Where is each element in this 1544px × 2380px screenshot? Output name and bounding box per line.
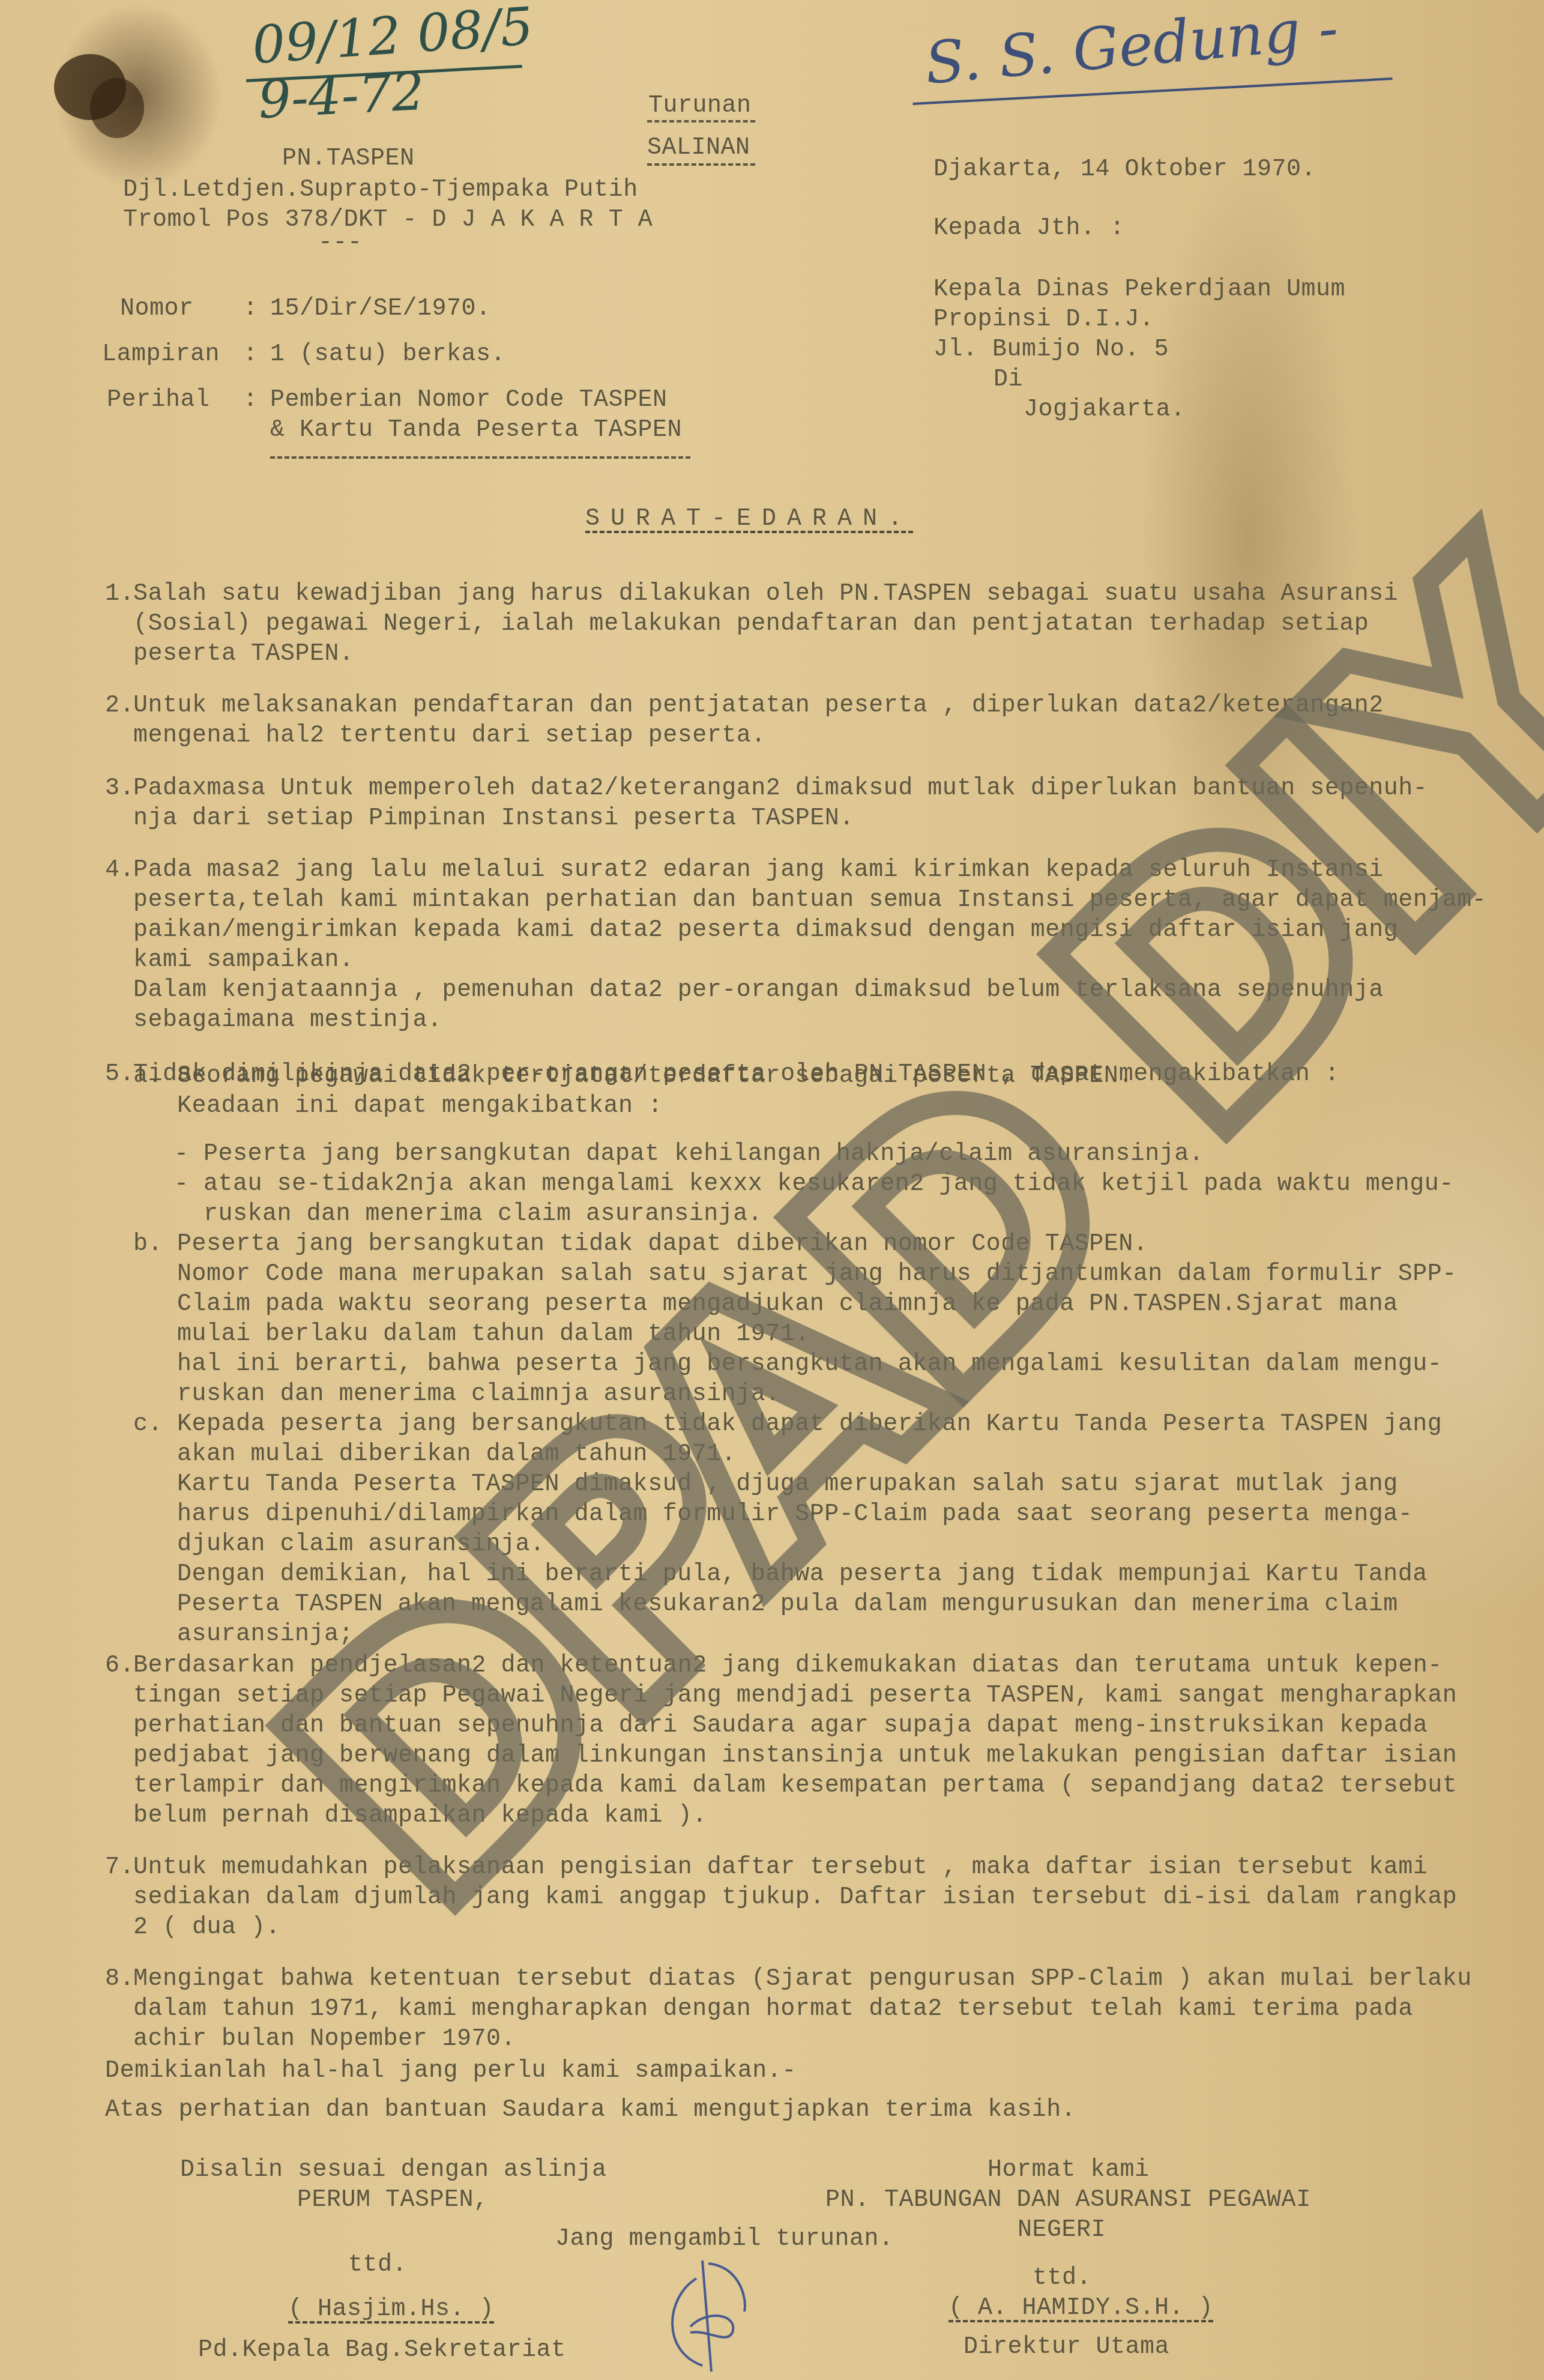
- lampiran-value: 1 (satu) berkas.: [270, 340, 505, 370]
- paragraph-number: 3.: [105, 774, 134, 804]
- paragraph-number: 7.: [105, 1853, 134, 1883]
- subitem-line: Claim pada waktu seorang peserta mengadj…: [177, 1290, 1398, 1320]
- subitem-line: Seorang pegawai tidak tertjatat/terdafta…: [177, 1062, 1133, 1092]
- sig-right-ttd: ttd.: [1033, 2264, 1091, 2294]
- paragraph-line: Padaxmasa Untuk memperoleh data2/keteran…: [133, 774, 1428, 804]
- document-title: SURAT-EDARAN.: [585, 504, 913, 534]
- subitem-line: hal ini berarti, bahwa peserta jang bers…: [177, 1350, 1442, 1380]
- letterhead-org: PN.TASPEN: [282, 144, 415, 174]
- subitem-line: akan mulai diberikan dalam tahun 1971.: [177, 1440, 736, 1470]
- sig-right-name: ( A. HAMIDY.S.H. ): [948, 2294, 1213, 2324]
- paragraph-line: sebagaimana mestinja.: [133, 1006, 442, 1036]
- subitem-line: harus dipenuhi/dilampirkan dalam formuli…: [177, 1500, 1413, 1530]
- recipient-line1: Kepala Dinas Pekerdjaan Umum: [933, 275, 1345, 305]
- sig-right-line2: PN. TABUNGAN DAN ASURANSI PEGAWAI: [825, 2185, 1311, 2215]
- handwritten-initial-signature: [654, 2255, 774, 2375]
- sig-right-title: Direktur Utama: [963, 2333, 1169, 2363]
- paragraph-line: mengenai hal2 tertentu dari setiap peser…: [133, 721, 766, 751]
- sig-left-line1: Disalin sesuai dengan aslinja: [180, 2155, 607, 2185]
- paragraph-line: Untuk melaksanakan pendaftaran dan pentj…: [133, 691, 1384, 721]
- subitem-label: b.: [133, 1230, 163, 1260]
- paragraph-number: 1.: [105, 579, 134, 609]
- paragraph-number: 8.: [105, 1965, 134, 1995]
- sig-left-ttd: ttd.: [348, 2250, 407, 2280]
- paragraph-line: Untuk memudahkan pelaksanaan pengisian d…: [133, 1853, 1428, 1883]
- subitem-line: Peserta TASPEN akan mengalami kesukaran2…: [177, 1590, 1398, 1620]
- subitem-line: Nomor Code mana merupakan salah satu sja…: [177, 1260, 1457, 1290]
- letterhead-address: Djl.Letdjen.Suprapto-Tjempaka Putih: [123, 175, 638, 205]
- paragraph-line: Mengingat bahwa ketentuan tersebut diata…: [133, 1965, 1472, 1995]
- paragraph-number: 6.: [105, 1651, 134, 1681]
- recipient-line5: Jogjakarta.: [1024, 395, 1186, 425]
- paragraph-line: Salah satu kewadjiban jang harus dilakuk…: [133, 579, 1398, 609]
- paragraph-line: Berdasarkan pendjelasan2 dan ketentuan2 …: [133, 1651, 1443, 1681]
- perihal-line2: & Kartu Tanda Peserta TASPEN: [270, 415, 682, 445]
- paragraph-line: perhatian dan bantuan sepenuhnja dari Sa…: [133, 1711, 1428, 1741]
- recipient-line3: Jl. Bumijo No. 5: [933, 335, 1169, 365]
- stamp-rule: [647, 163, 755, 166]
- subitem-line: asuransinja;: [177, 1620, 354, 1650]
- burn-stain: [90, 78, 144, 138]
- bullet-line: - atau se-tidak2nja akan mengalami kexxx…: [174, 1170, 1454, 1200]
- paragraph-line: kami sampaikan.: [133, 946, 354, 976]
- stamp-turunan: Turunan: [648, 91, 752, 121]
- handwritten-archive-date: 9-4-72: [257, 62, 426, 130]
- recipient-line4: Di: [994, 365, 1023, 395]
- paragraph-line: 2 ( dua ).: [133, 1913, 280, 1943]
- subitem-line: Kartu Tanda Peserta TASPEN dimaksud , dj…: [177, 1470, 1398, 1500]
- scanned-letter-page: 09/12 08/5 9-4-72 S. S. Gedung - Turunan…: [0, 0, 1544, 2380]
- paragraph-line: dalam tahun 1971, kami mengharapkan deng…: [133, 1995, 1413, 2025]
- sig-right-line3: NEGERI: [1018, 2215, 1106, 2246]
- paragraph-line: achir bulan Nopember 1970.: [133, 2025, 516, 2055]
- paragraph-line: belum pernah disampaikan kepada kami ).: [133, 1801, 707, 1831]
- paragraph-line: tingan setiap setiap Pegawai Negeri jang…: [133, 1681, 1457, 1711]
- letterhead-rule: ---: [318, 228, 363, 258]
- paragraph-line: peserta,telah kami mintakan perhatian da…: [133, 886, 1486, 916]
- meta-colon: :: [243, 294, 258, 324]
- subitem-line: Keadaan ini dapat mengakibatkan :: [177, 1092, 663, 1122]
- subitem-label: a.: [133, 1062, 163, 1092]
- paragraph-number: 2.: [105, 691, 134, 721]
- handwritten-annotation: S. S. Gedung -: [922, 0, 1340, 97]
- kepada-label: Kepada Jth. :: [933, 214, 1125, 244]
- perihal-label: Perihal: [107, 385, 210, 415]
- sig-left-line2: PERUM TASPEN,: [297, 2185, 489, 2215]
- closing-line1: Demikianlah hal-hal jang perlu kami samp…: [105, 2056, 797, 2086]
- paragraph-line: terlampir dan mengirimkan kepada kami da…: [133, 1771, 1457, 1801]
- nomor-label: Nomor: [120, 294, 194, 324]
- sig-left-title: Pd.Kepala Bag.Sekretariat: [198, 2336, 566, 2366]
- sig-center-line1: Jang mengambil turunan.: [555, 2224, 894, 2255]
- paragraph-line: Pada masa2 jang lalu melalui surat2 edar…: [133, 856, 1384, 886]
- paragraph-line: peserta TASPEN.: [133, 639, 354, 669]
- paragraph-line: (Sosial) pegawai Negeri, ialah melakukan…: [133, 609, 1369, 639]
- bullet-line: ruskan dan menerima claim asuransinja.: [174, 1200, 762, 1230]
- subitem-line: Kepada peserta jang bersangkutan tidak d…: [177, 1410, 1442, 1440]
- subitem-label: c.: [133, 1410, 163, 1440]
- paragraph-number: 5.: [105, 1060, 134, 1090]
- place-date: Djakarta, 14 Oktober 1970.: [933, 155, 1316, 185]
- closing-line2: Atas perhatian dan bantuan Saudara kami …: [105, 2095, 1076, 2125]
- paragraph-line: paikan/mengirimkan kepada kami data2 pes…: [133, 916, 1398, 946]
- paragraph-line: nja dari setiap Pimpinan Instansi pesert…: [133, 804, 854, 834]
- bullet-line: - Peserta jang bersangkutan dapat kehila…: [174, 1140, 1204, 1170]
- meta-colon: :: [243, 340, 258, 370]
- subitem-line: Peserta jang bersangkutan tidak dapat di…: [177, 1230, 1148, 1260]
- stamp-salinan: SALINAN: [647, 133, 750, 163]
- subitem-line: djukan claim asuransinja.: [177, 1530, 545, 1560]
- sig-right-line1: Hormat kami: [988, 2155, 1150, 2185]
- perihal-line1: Pemberian Nomor Code TASPEN: [270, 385, 668, 415]
- subitem-line: Dengan demikian, hal ini berarti pula, b…: [177, 1560, 1428, 1590]
- sig-left-name: ( Hasjim.Hs. ): [288, 2295, 494, 2325]
- lampiran-label: Lampiran: [102, 340, 220, 370]
- paragraph-line: sediakan dalam djumlah jang kami anggap …: [133, 1883, 1457, 1913]
- recipient-line2: Propinsi D.I.J.: [933, 305, 1154, 335]
- paragraph-line: Dalam kenjataannja , pemenuhan data2 per…: [133, 976, 1384, 1006]
- subitem-line: ruskan dan menerima claimnja asuransinja…: [177, 1380, 780, 1410]
- paragraph-line: pedjabat jang berwenang dalam linkungan …: [133, 1741, 1457, 1771]
- paragraph-number: 4.: [105, 856, 134, 886]
- meta-colon: :: [243, 385, 258, 415]
- stamp-rule: [647, 120, 755, 122]
- perihal-rule: [270, 456, 690, 459]
- subitem-line: mulai berlaku dalam tahun dalam tahun 19…: [177, 1320, 810, 1350]
- nomor-value: 15/Dir/SE/1970.: [270, 294, 491, 324]
- letterhead-po-box: Tromol Pos 378/DKT - D J A K A R T A: [123, 205, 653, 235]
